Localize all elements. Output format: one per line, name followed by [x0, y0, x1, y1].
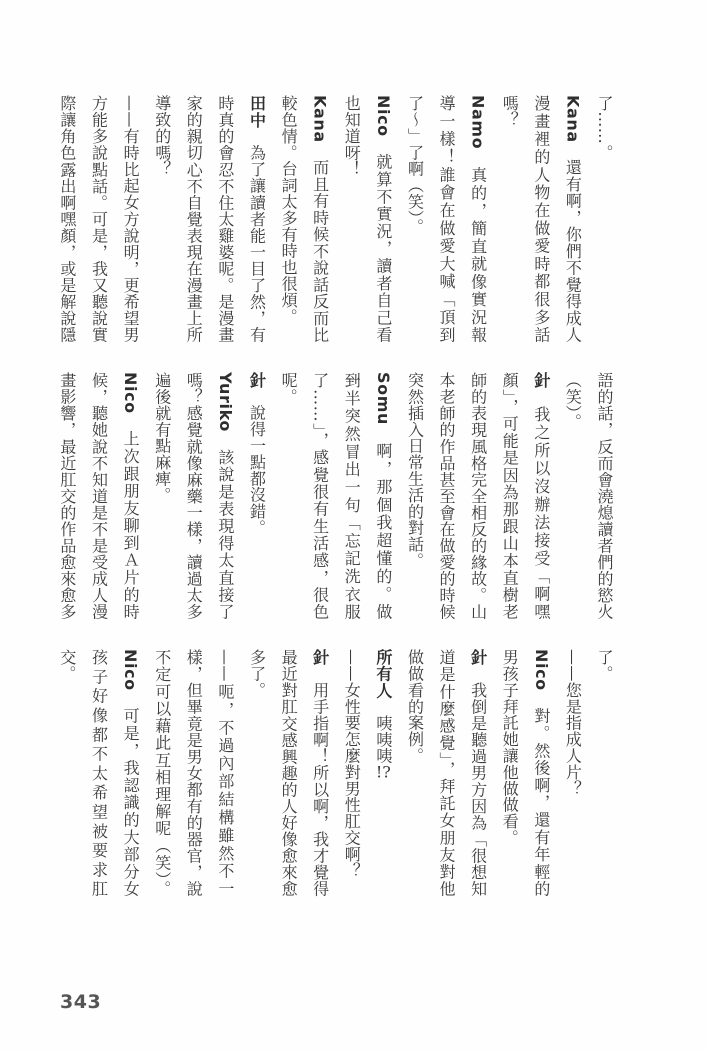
text-column: 較色情。台詞太多有時也很煩。	[272, 95, 304, 343]
dialogue-column: 所有人咦咦咦!?	[367, 649, 399, 897]
column-text: 了。	[595, 649, 614, 682]
column-text: 較色情。台詞太多有時也很煩。	[279, 95, 298, 325]
speaker-name: Nico	[121, 372, 140, 414]
speaker-name: Somu	[374, 372, 393, 425]
text-column: 交。	[51, 649, 83, 897]
column-text: 不定可以藉此互相理解呢（笑）。	[153, 649, 172, 897]
speaker-name: 針	[247, 372, 266, 389]
column-text: 方能多說點話。可是，我又聽說實	[90, 95, 109, 343]
column-text: 做做看的案例。	[405, 649, 424, 764]
upper-tier: 了……。 Kana還有啊，你們不覺得成人 漫畫裡的人物在做愛時都很多話 嗎？ N…	[51, 95, 620, 345]
text-column: 了～」了啊（笑）。	[399, 95, 431, 343]
text-column: 嗎？	[494, 95, 526, 343]
column-text: 了……。	[595, 95, 614, 161]
column-text: 候，聽她說不知道是不是受成人漫	[90, 372, 109, 620]
column-text: 顏」，可能是因為那跟山本直樹老	[500, 372, 519, 620]
text-column: 導致的嗎？	[146, 95, 178, 343]
text-column: 了。	[588, 649, 620, 897]
text-column: （笑）。	[557, 372, 589, 620]
dialogue-column: 針我倒是聽過男方因為「很想知	[462, 649, 494, 897]
interviewer-question-column: ——女性要怎麼對男性肛交啊？	[336, 649, 368, 897]
column-text: 咦咦咦	[374, 715, 393, 764]
column-text: 了～」了啊（笑）。	[405, 95, 424, 235]
interviewer-question-column: ——您是指成人片？	[557, 649, 589, 897]
dialogue-column: Nico可是，我認識的大部分女	[115, 649, 147, 897]
column-text: 上次跟朋友聊到Ａ片的時	[121, 430, 140, 620]
column-text: 呢。	[279, 372, 298, 405]
text-column: 道是什麼感覺」，拜託女朋友對他	[430, 649, 462, 897]
column-text: （笑）。	[563, 372, 582, 430]
text-column: 師的表現風格完全相反的緣故。山	[462, 372, 494, 620]
column-text: ——有時比起女方說明，更希望男	[121, 95, 140, 343]
column-text: 而且有時候不說話反而比	[311, 159, 330, 343]
text-column: 突然插入日常生活的對話。	[399, 372, 431, 620]
text-column: 漫畫裡的人物在做愛時都很多話	[525, 95, 557, 343]
text-column: 了……」，感覺很有生活感，很色	[304, 372, 336, 620]
interviewer-question-column: ——呃，不過內部結構雖然不一	[209, 649, 241, 897]
text-column: 時真的會忍不住太雞婆呢。是漫畫	[209, 95, 241, 343]
text-column: 男孩子拜託她讓他做做看。	[494, 649, 526, 897]
text-column: 候，聽她說不知道是不是受成人漫	[83, 372, 115, 620]
column-text: 孩子好像都不太希望被要求肛	[90, 649, 109, 897]
text-column: 語的話，反而會澆熄讀者們的慾火	[588, 372, 620, 620]
column-text: 交。	[58, 649, 77, 682]
column-text: 我倒是聽過男方因為「很想知	[469, 682, 488, 897]
text-column: 也知道呀！	[336, 95, 368, 343]
column-text: 對。然後啊，還有年輕的	[532, 707, 551, 897]
upright-punctuation: !?	[374, 764, 393, 780]
column-text: ——您是指成人片？	[563, 649, 582, 797]
speaker-name: Yuriko	[216, 372, 235, 432]
column-text: 樣，但畢竟是男女都有的器官，說	[184, 649, 203, 897]
speaker-name: 田中	[247, 95, 266, 129]
book-page: 了……。 Kana還有啊，你們不覺得成人 漫畫裡的人物在做愛時都很多話 嗎？ N…	[0, 0, 709, 1050]
text-column: 做做看的案例。	[399, 649, 431, 897]
column-text: 我之所以沒辦法接受「啊嘿	[532, 406, 551, 620]
column-text: 際讓角色露出啊嘿顏，或是解說隱	[58, 95, 77, 343]
column-text: 用手指啊！所以啊，我才覺得	[311, 682, 330, 897]
lower-tier: 了。 ——您是指成人片？ Nico對。然後啊，還有年輕的 男孩子拜託她讓他做做看…	[51, 649, 620, 899]
column-text: 了……」，感覺很有生活感，很色	[311, 372, 330, 620]
speaker-name: 針	[532, 372, 551, 390]
column-text: 為了讓讀者能一目了然，有	[247, 145, 266, 343]
interviewer-question-column: ——有時比起女方說明，更希望男	[115, 95, 147, 343]
column-text: 遍後就有點麻痺。	[153, 372, 172, 503]
speaker-name: Nico	[532, 649, 551, 691]
dialogue-column: 田中為了讓讀者能一目了然，有	[241, 95, 273, 343]
column-text: 真的，簡直就像實況報	[469, 165, 488, 343]
column-text: 就算不實況，讀者自己看	[374, 153, 393, 343]
text-column: 畫影響，最近肛交的作品愈來愈多	[51, 372, 83, 620]
text-column: 本老師的作品甚至會在做愛的時候	[430, 372, 462, 620]
dialogue-column: Somu啊，那個我超懂的。做到	[367, 372, 399, 620]
column-text: 多了。	[247, 649, 266, 698]
column-text: 該說是表現得太直接了	[216, 448, 235, 620]
column-text: 嗎？	[500, 95, 519, 128]
dialogue-column: Yuriko該說是表現得太直接了	[209, 372, 241, 620]
dialogue-column: Kana而且有時候不說話反而比	[304, 95, 336, 343]
dialogue-column: 針用手指啊！所以啊，我才覺得	[304, 649, 336, 897]
speaker-name: Kana	[311, 95, 330, 143]
speaker-name: Nico	[374, 95, 393, 137]
column-text: 本老師的作品甚至會在做愛的時候	[437, 372, 456, 620]
speaker-name: 所有人	[374, 649, 393, 699]
text-column: 多了。	[241, 649, 273, 897]
text-column: 顏」，可能是因為那跟山本直樹老	[494, 372, 526, 620]
column-text: 導一樣！誰會在做愛大喊「頂到	[437, 95, 456, 343]
speaker-name: 針	[469, 649, 488, 666]
dialogue-column: Nico上次跟朋友聊到Ａ片的時	[115, 372, 147, 620]
middle-tier: 語的話，反而會澆熄讀者們的慾火 （笑）。 針我之所以沒辦法接受「啊嘿 顏」，可能…	[51, 372, 620, 622]
column-text: 男孩子拜託她讓他做做看。	[500, 649, 519, 846]
speaker-name: 針	[311, 649, 330, 666]
column-text: 時真的會忍不住太雞婆呢。是漫畫	[216, 95, 235, 343]
text-column: 樣，但畢竟是男女都有的器官，說	[178, 649, 210, 897]
column-text: 漫畫裡的人物在做愛時都很多話	[532, 95, 551, 343]
column-text: 語的話，反而會澆熄讀者們的慾火	[595, 372, 614, 620]
speaker-name: Kana	[563, 95, 582, 143]
column-text: 可是，我認識的大部分女	[121, 707, 140, 897]
column-text: 一半突然冒出一句「忘記洗衣服	[342, 372, 361, 620]
column-text: 道是什麼感覺」，拜託女朋友對他	[437, 649, 456, 897]
column-text: 導致的嗎？	[153, 95, 172, 177]
text-column: 方能多說點話。可是，我又聽說實	[83, 95, 115, 343]
dialogue-column: Nico就算不實況，讀者自己看	[367, 95, 399, 343]
column-text: 還有啊，你們不覺得成人	[563, 159, 582, 343]
column-text: 嗎？感覺就像麻藥一樣，讀過太多	[184, 372, 203, 620]
text-column: 嗎？感覺就像麻藥一樣，讀過太多	[178, 372, 210, 620]
text-column: 導一樣！誰會在做愛大喊「頂到	[430, 95, 462, 343]
dialogue-column: Kana還有啊，你們不覺得成人	[557, 95, 589, 343]
text-column: 孩子好像都不太希望被要求肛	[83, 649, 115, 897]
text-column: 最近對肛交感興趣的人好像愈來愈	[272, 649, 304, 897]
text-column: 際讓角色露出啊嘿顏，或是解說隱	[51, 95, 83, 343]
column-text: 突然插入日常生活的對話。	[405, 372, 424, 569]
text-column: 呢。	[272, 372, 304, 620]
text-column: 家的親切心不自覺表現在漫畫上所	[178, 95, 210, 343]
speaker-name: Nico	[121, 649, 140, 691]
column-text: ——女性要怎麼對男性肛交啊？	[342, 649, 361, 879]
column-text: 也知道呀！	[342, 95, 361, 177]
text-column: 一半突然冒出一句「忘記洗衣服	[336, 372, 368, 620]
dialogue-column: Nico對。然後啊，還有年輕的	[525, 649, 557, 897]
page-number: 343	[60, 991, 101, 1013]
column-text: 家的親切心不自覺表現在漫畫上所	[184, 95, 203, 343]
column-text: 最近對肛交感興趣的人好像愈來愈	[279, 649, 298, 897]
column-text: ——呃，不過內部結構雖然不一	[216, 649, 235, 897]
text-column: 遍後就有點麻痺。	[146, 372, 178, 620]
dialogue-column: 針我之所以沒辦法接受「啊嘿	[525, 372, 557, 620]
column-text: 師的表現風格完全相反的緣故。山	[469, 372, 488, 620]
text-column: 不定可以藉此互相理解呢（笑）。	[146, 649, 178, 897]
dialogue-column: 針說得一點都沒錯。	[241, 372, 273, 620]
column-text: 說得一點都沒錯。	[247, 405, 266, 536]
text-column: 了……。	[588, 95, 620, 343]
column-text: 畫影響，最近肛交的作品愈來愈多	[58, 372, 77, 620]
dialogue-column: Namo真的，簡直就像實況報	[462, 95, 494, 343]
speaker-name: Namo	[469, 95, 488, 149]
